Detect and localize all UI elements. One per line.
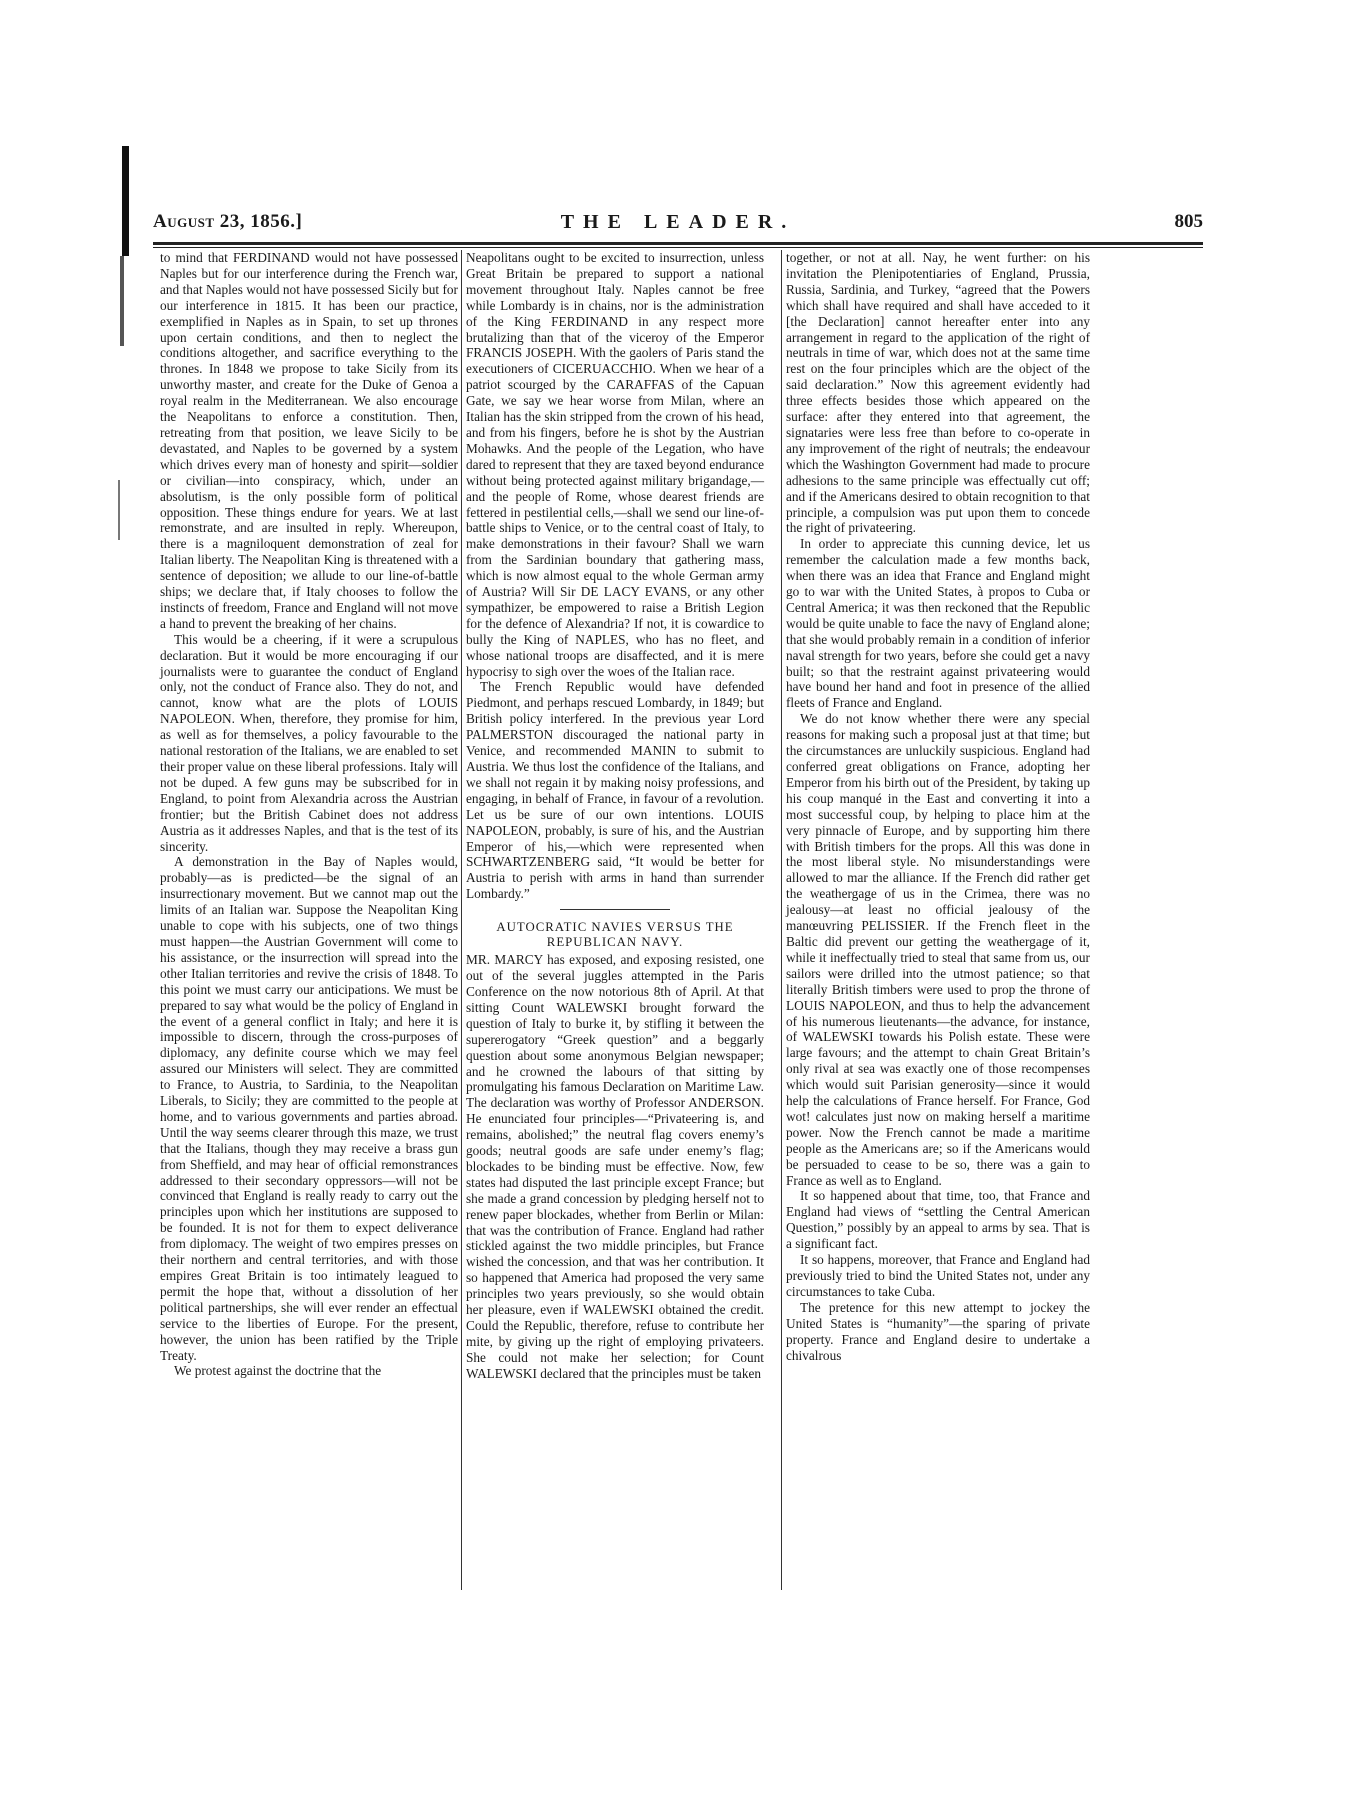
header-rule-thin [153,247,1203,248]
paragraph: We do not know whether there were any sp… [786,711,1090,1188]
section-separator [560,909,670,910]
column-2: Neapolitans ought to be excited to insur… [466,250,764,1382]
paragraph: It so happened about that time, too, tha… [786,1188,1090,1252]
paragraph: Neapolitans ought to be excited to insur… [466,250,764,679]
paragraph: together, or not at all. Nay, he went fu… [786,250,1090,536]
paragraph: The French Republic would have defended … [466,679,764,902]
page-header: August 23, 1856.] THE LEADER. 805 [153,211,1203,239]
article-heading: AUTOCRATIC NAVIES VERSUS THE REPUBLICAN … [466,920,764,950]
column-divider [781,250,782,1590]
page-number: 805 [1175,211,1204,233]
paragraph: A demonstration in the Bay of Naples wou… [160,854,458,1363]
column-3: together, or not at all. Nay, he went fu… [786,250,1090,1363]
scan-margin-mark [118,480,120,540]
paragraph: It so happens, moreover, that France and… [786,1252,1090,1300]
paragraph: This would be a cheering, if it were a s… [160,632,458,855]
newspaper-title: THE LEADER. [153,211,1203,234]
column-divider [461,250,462,1590]
scan-margin-mark [120,256,124,346]
paragraph: to mind that FERDINAND would not have po… [160,250,458,632]
paragraph: We protest against the doctrine that the [160,1363,458,1379]
scan-margin-mark [122,146,129,256]
header-rule [153,242,1203,245]
column-1: to mind that FERDINAND would not have po… [160,250,458,1379]
paragraph: The pretence for this new attempt to joc… [786,1300,1090,1364]
paragraph: In order to appreciate this cunning devi… [786,536,1090,711]
paragraph: MR. MARCY has exposed, and exposing resi… [466,952,764,1381]
